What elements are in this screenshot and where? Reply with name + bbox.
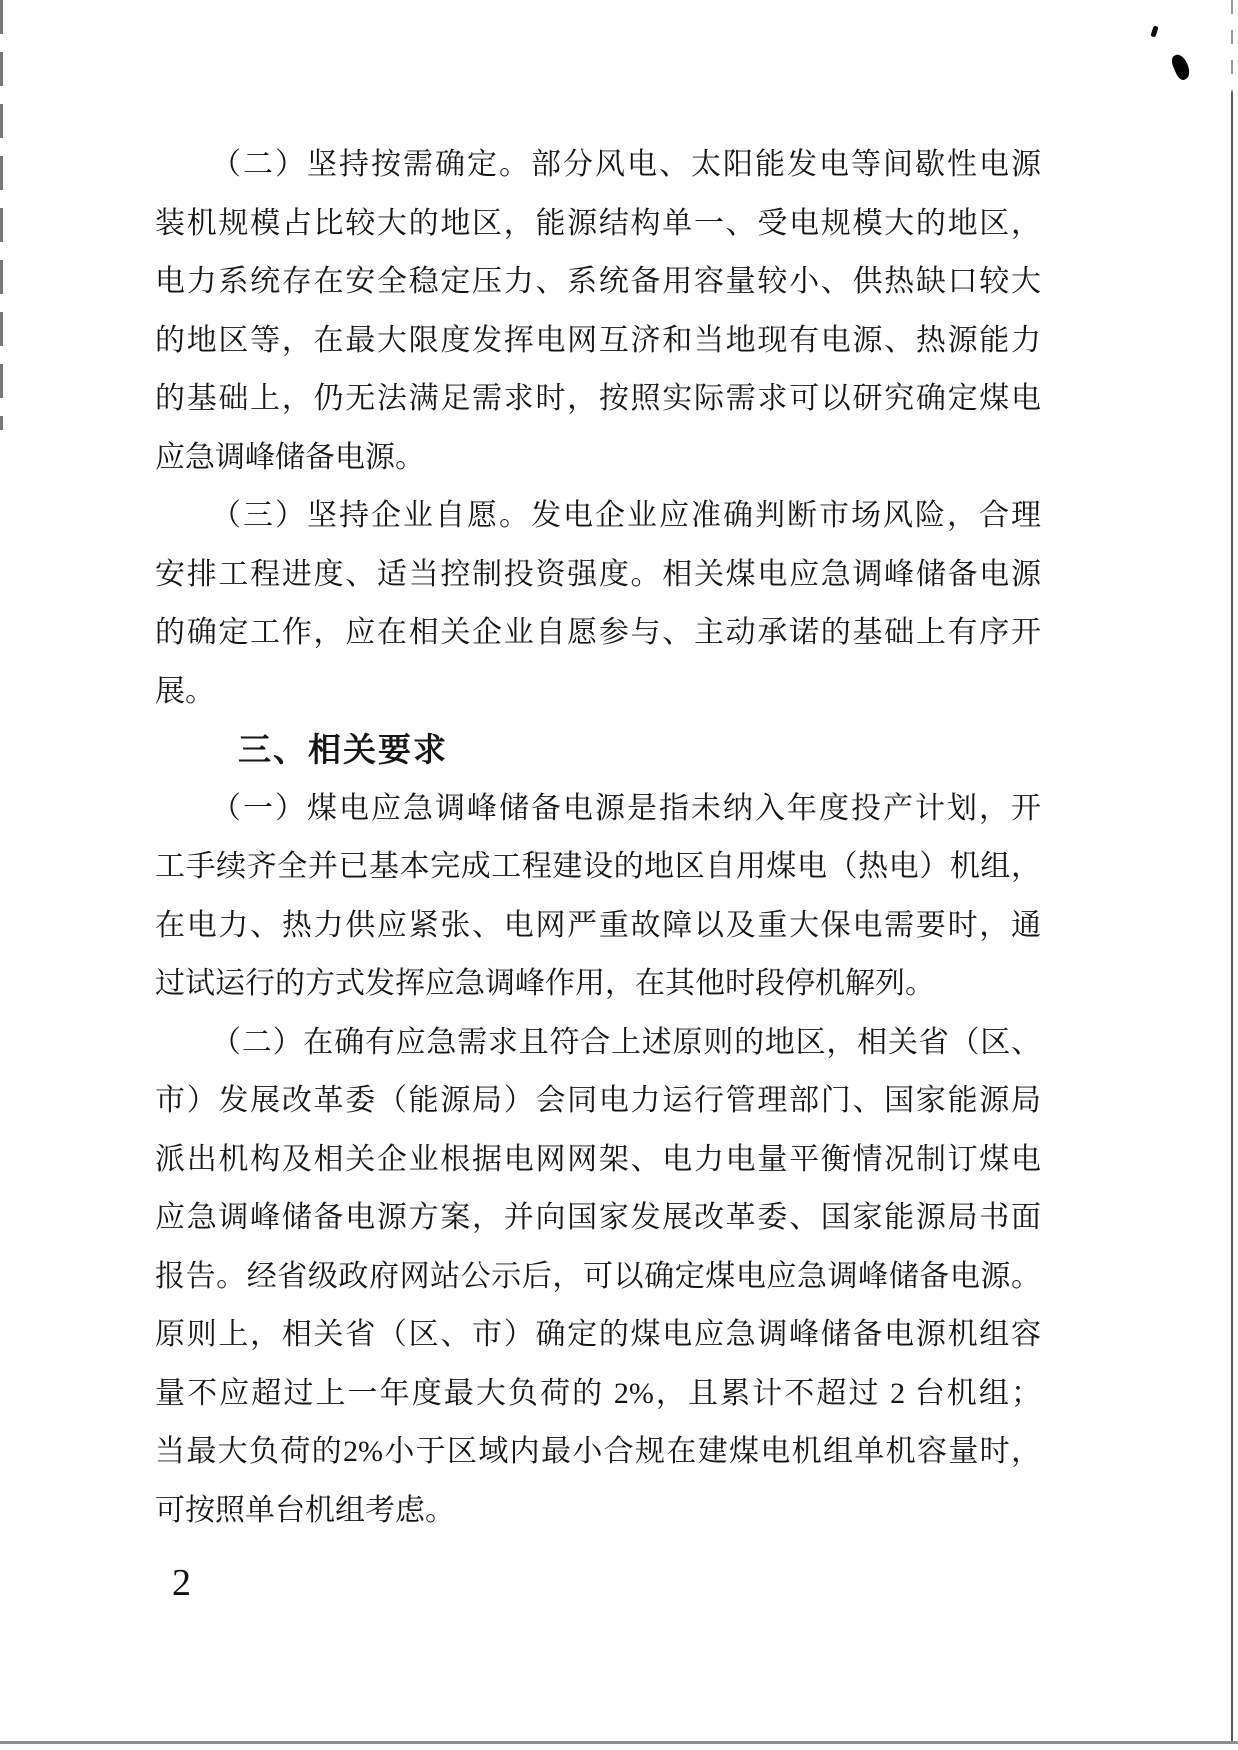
document-page: （二）坚持按需确定。部分风电、太阳能发电等间歇性电源 装机规模占比较大的地区，能… bbox=[0, 0, 1238, 1750]
paragraph-line: 在电力、热力供应紧张、电网严重故障以及重大保电需要时，通 bbox=[155, 897, 1041, 956]
paragraph-line: 报告。经省级政府网站公示后，可以确定煤电应急调峰储备电源。 bbox=[155, 1248, 1041, 1307]
paragraph-line: （一）煤电应急调峰储备电源是指未纳入年度投产计划，开 bbox=[155, 780, 1041, 839]
paragraph-line: 派出机构及相关企业根据电网网架、电力电量平衡情况制订煤电 bbox=[155, 1131, 1041, 1190]
paragraph-line: 电力系统存在安全稳定压力、系统备用容量较小、供热缺口较大 bbox=[155, 253, 1041, 312]
scan-edge-bottom bbox=[0, 1741, 1238, 1744]
paragraph-line: 的确定工作，应在相关企业自愿参与、主动承诺的基础上有序开 bbox=[155, 604, 1041, 663]
paragraph-line: （二）在确有应急需求且符合上述原则的地区，相关省（区、 bbox=[155, 1014, 1041, 1073]
paragraph-line: 的地区等，在最大限度发挥电网互济和当地现有电源、热源能力 bbox=[155, 312, 1041, 371]
scan-edge-right-dashed bbox=[1231, 0, 1233, 92]
paragraph-line: 过试运行的方式发挥应急调峰作用，在其他时段停机解列。 bbox=[155, 955, 1041, 1014]
scan-edge-left bbox=[0, 0, 3, 430]
paragraph-line: 安排工程进度、适当控制投资强度。相关煤电应急调峰储备电源 bbox=[155, 546, 1041, 605]
paragraph-line: 当最大负荷的2%小于区域内最小合规在建煤电机组单机容量时， bbox=[155, 1423, 1041, 1482]
paragraph-line: 应急调峰储备电源。 bbox=[155, 429, 1041, 488]
scan-edge-right bbox=[1231, 92, 1233, 1742]
paragraph-line: 量不应超过上一年度最大负荷的 2%，且累计不超过 2 台机组； bbox=[155, 1365, 1041, 1424]
page-number: 2 bbox=[172, 1561, 191, 1605]
paragraph-line: 装机规模占比较大的地区，能源结构单一、受电规模大的地区， bbox=[155, 195, 1041, 254]
section-heading: 三、相关要求 bbox=[155, 721, 1041, 780]
paragraph-line: 原则上，相关省（区、市）确定的煤电应急调峰储备电源机组容 bbox=[155, 1306, 1041, 1365]
paragraph-line: 应急调峰储备电源方案，并向国家发展改革委、国家能源局书面 bbox=[155, 1189, 1041, 1248]
paragraph-line: （二）坚持按需确定。部分风电、太阳能发电等间歇性电源 bbox=[155, 136, 1041, 195]
document-body: （二）坚持按需确定。部分风电、太阳能发电等间歇性电源 装机规模占比较大的地区，能… bbox=[155, 136, 1041, 1540]
paragraph-line: （三）坚持企业自愿。发电企业应准确判断市场风险，合理 bbox=[155, 487, 1041, 546]
paragraph-line: 可按照单台机组考虑。 bbox=[155, 1482, 1041, 1541]
paragraph-line: 市）发展改革委（能源局）会同电力运行管理部门、国家能源局 bbox=[155, 1072, 1041, 1131]
ink-mark-small bbox=[1150, 25, 1158, 37]
paragraph-line: 展。 bbox=[155, 663, 1041, 722]
ink-mark-large bbox=[1169, 52, 1192, 81]
paragraph-line: 的基础上，仍无法满足需求时，按照实际需求可以研究确定煤电 bbox=[155, 370, 1041, 429]
paragraph-line: 工手续齐全并已基本完成工程建设的地区自用煤电（热电）机组， bbox=[155, 838, 1041, 897]
